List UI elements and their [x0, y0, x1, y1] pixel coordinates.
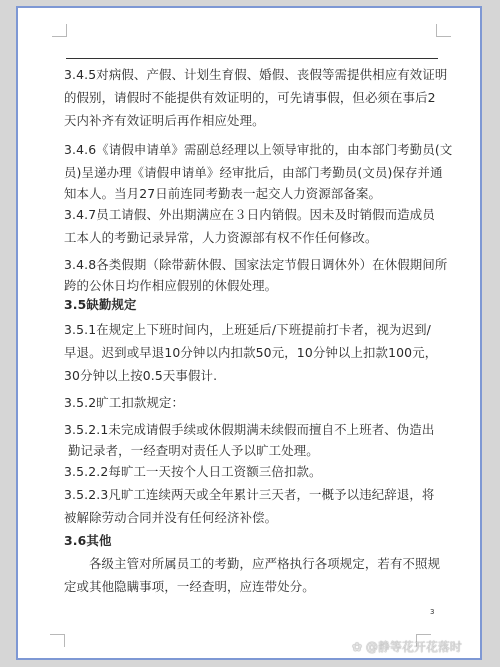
clause-3-5-2-2: 3.5.2.2每旷工一天按个人日工资额三倍扣款。 [64, 460, 444, 483]
text-line: 勤记录者，一经查明对责任人予以旷工处理。 [64, 441, 444, 460]
document-page: 3.4.5对病假、产假、计划生育假、婚假、丧假等需提供相应有效证明 的假别，请假… [16, 6, 482, 660]
text-line: 3.4.7员工请假、外出期满应在３日内销假。因未及时销假而造成员 [64, 203, 444, 226]
clause-3-6-body: 各级主管对所属员工的考勤，应严格执行各项规定，若有不照规 定或其他隐瞒事项，一经… [64, 552, 444, 598]
header-rule [66, 58, 438, 59]
watermark: ✿ @静等花开花落时 [352, 638, 462, 655]
text-line: 定或其他隐瞒事项，一经查明，应连带处分。 [64, 575, 444, 598]
text-line: 30分钟以上按0.5天事假计. [64, 364, 444, 387]
clause-3-4-6: 3.4.6《请假申请单》需副总经理以上领导审批的，由本部门考勤员(文 员)呈递办… [64, 138, 444, 203]
text-line: 3.5.2.1未完成请假手续或休假期满未续假而擅自不上班者、伪造出 [64, 418, 444, 441]
clause-3-5-2-3: 3.5.2.3凡旷工连续两天或全年累计三天者，一概予以违纪辞退，将 被解除劳动合… [64, 483, 444, 529]
text-line: 知本人。当月27日前连同考勤表一起交人力资源部备案。 [64, 184, 444, 203]
text-line: 3.4.8各类假期（除带薪休假、国家法定节假日调休外）在休假期间所 [64, 253, 444, 276]
section-heading-3-6: 3.6其他 [64, 529, 444, 552]
clause-3-4-5: 3.4.5对病假、产假、计划生育假、婚假、丧假等需提供相应有效证明 的假别，请假… [64, 63, 444, 132]
text-line: 3.5.1在规定上下班时间内，上班延后/下班提前打卡者，视为迟到/ [64, 318, 444, 341]
crop-mark-top-right [436, 24, 451, 37]
clause-3-5-2: 3.5.2旷工扣款规定： [64, 391, 444, 414]
watermark-text: @静等花开花落时 [366, 640, 462, 654]
section-heading-3-5: 3.5缺勤规定 [64, 295, 444, 314]
text-line: 3.4.6《请假申请单》需副总经理以上领导审批的，由本部门考勤员(文 [64, 138, 444, 161]
text-line: 各级主管对所属员工的考勤，应严格执行各项规定，若有不照规 [64, 552, 444, 575]
document-body: 3.4.5对病假、产假、计划生育假、婚假、丧假等需提供相应有效证明 的假别，请假… [64, 63, 444, 598]
clause-3-5-1: 3.5.1在规定上下班时间内，上班延后/下班提前打卡者，视为迟到/ 早退。迟到或… [64, 318, 444, 387]
text-line: 3.5.2.3凡旷工连续两天或全年累计三天者，一概予以违纪辞退，将 [64, 483, 444, 506]
text-line: 被解除劳动合同并没有任何经济补偿。 [64, 506, 444, 529]
clause-3-4-8: 3.4.8各类假期（除带薪休假、国家法定节假日调休外）在休假期间所 跨的公休日均… [64, 253, 444, 295]
crop-mark-top-left [52, 24, 67, 37]
text-line: 工本人的考勤记录异常，人力资源部有权不作任何修改。 [64, 226, 444, 249]
clause-3-5-2-1: 3.5.2.1未完成请假手续或休假期满未续假而擅自不上班者、伪造出 勤记录者，一… [64, 418, 444, 460]
text-line: 的假别，请假时不能提供有效证明的，可先请事假，但必须在事后2 [64, 86, 444, 109]
page-number: 3 [430, 608, 434, 616]
text-line: 跨的公休日均作相应假别的休假处理。 [64, 276, 444, 295]
crop-mark-bottom-left [50, 634, 65, 647]
flower-icon: ✿ [352, 640, 366, 654]
clause-3-4-7: 3.4.7员工请假、外出期满应在３日内销假。因未及时销假而造成员 工本人的考勤记… [64, 203, 444, 249]
text-line: 天内补齐有效证明后再作相应处理。 [64, 109, 444, 132]
text-line: 员)呈递办理《请假申请单》经审批后，由部门考勤员(文员)保存并通 [64, 161, 444, 184]
text-line: 3.4.5对病假、产假、计划生育假、婚假、丧假等需提供相应有效证明 [64, 63, 444, 86]
text-line: 早退。迟到或早退10分钟以内扣款50元，10分钟以上扣款100元， [64, 341, 444, 364]
